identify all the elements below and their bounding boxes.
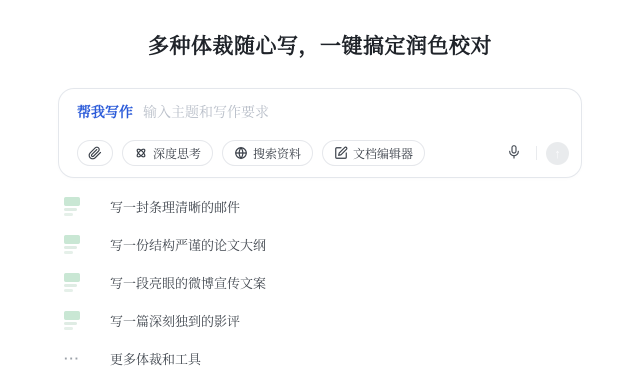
deep-think-label: 深度思考: [153, 145, 201, 162]
prompt-input[interactable]: 帮我写作 输入主题和写作要求: [77, 102, 569, 122]
green-document-icon: [64, 311, 81, 330]
writing-mode-chip[interactable]: 帮我写作: [77, 102, 133, 122]
attach-button[interactable]: [77, 140, 113, 166]
suggestion-thesis-outline[interactable]: 写一份结构严谨的论文大纲: [58, 232, 582, 256]
send-button[interactable]: ↑: [546, 142, 569, 165]
suggestion-weibo-copy[interactable]: 写一段亮眼的微博宣传文案: [58, 270, 582, 294]
doc-editor-button[interactable]: 文档编辑器: [322, 140, 425, 166]
more-genres-label: 更多体裁和工具: [110, 349, 201, 368]
toolbar-left-group: 深度思考 搜索资料: [77, 140, 425, 166]
composer-card: 帮我写作 输入主题和写作要求: [58, 88, 582, 178]
green-document-icon: [64, 197, 81, 216]
suggestion-label: 写一篇深刻独到的影评: [110, 311, 240, 330]
deep-think-icon: [134, 146, 148, 160]
suggestion-email[interactable]: 写一封条理清晰的邮件: [58, 194, 582, 218]
deep-think-button[interactable]: 深度思考: [122, 140, 213, 166]
composer-toolbar: 深度思考 搜索资料: [77, 140, 569, 166]
doc-editor-label: 文档编辑器: [353, 145, 413, 162]
microphone-icon: [506, 144, 522, 163]
green-document-icon: [64, 235, 81, 254]
green-document-icon: [64, 273, 81, 292]
toolbar-divider: [536, 146, 537, 160]
ellipsis-icon: ···: [64, 351, 81, 366]
suggestion-label: 写一段亮眼的微博宣传文案: [110, 273, 266, 292]
mic-button[interactable]: [501, 140, 527, 166]
input-placeholder: 输入主题和写作要求: [143, 102, 269, 122]
suggestion-film-review[interactable]: 写一篇深刻独到的影评: [58, 308, 582, 332]
page-title: 多种体裁随心写，一键搞定润色校对: [0, 30, 640, 60]
search-materials-button[interactable]: 搜索资料: [222, 140, 313, 166]
main-content: 帮我写作 输入主题和写作要求: [58, 88, 582, 370]
suggestion-list: 写一封条理清晰的邮件 写一份结构严谨的论文大纲 写一段亮眼的微博宣传文案 写一篇…: [58, 194, 582, 370]
suggestion-label: 写一封条理清晰的邮件: [110, 197, 240, 216]
globe-icon: [234, 146, 248, 160]
paperclip-icon: [88, 146, 102, 160]
search-materials-label: 搜索资料: [253, 145, 301, 162]
toolbar-right-group: ↑: [501, 140, 569, 166]
more-genres-button[interactable]: ··· 更多体裁和工具: [58, 346, 582, 370]
edit-document-icon: [334, 146, 348, 160]
suggestion-label: 写一份结构严谨的论文大纲: [110, 235, 266, 254]
send-arrow-icon: ↑: [554, 147, 561, 160]
